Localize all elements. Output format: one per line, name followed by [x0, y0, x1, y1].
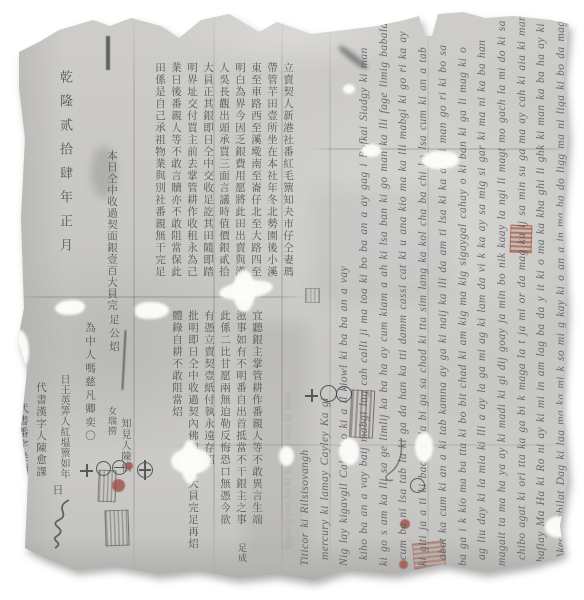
siraya-text-region: Titicor ki Rilsisovangh mercury ki lamay… — [295, 14, 573, 566]
deed-column: 批明即日仝中收過契內佛銀貳拾大員完足再炤 — [185, 310, 201, 562]
manuscript-scan: kigalig ma ha ki ba an a vay ki man 立賣契人… — [0, 0, 584, 600]
lower-note: 足成 — [235, 543, 248, 563]
edge-tear — [9, 330, 29, 372]
paper-shadow-wrap: kigalig ma ha ki ba an a vay ki man 立賣契人… — [13, 8, 571, 580]
chinese-deed-upper-block: 立賣契人新港社番紅毛篻知夬市仔仝妻瑪 帶管芉田壹所坐在本社年冬北勢園後小溪 東至… — [148, 62, 296, 312]
vertical-fold-1 — [133, 8, 135, 580]
siraya-line: ag liu day ki la mia ki lli a ay la ga m… — [473, 14, 493, 566]
deed-column: 業日後番親人等不敢言贖亦不敢阻當保此 — [168, 62, 184, 312]
siraya-line: Nig lay kigavgil Calgol o ki a il kiowl … — [335, 14, 355, 566]
siraya-line: thafiay Ma Ha ki Ro ni ay ki mi in am la… — [532, 14, 552, 566]
deed-column: 此係二比甘愿兩無迫勒反悔恐口無憑今欲 — [217, 310, 233, 562]
witness-mark-circled-center-icon — [137, 462, 153, 478]
siraya-line: ba ga i k kio ma ba tta ki bo bit chad k… — [454, 14, 474, 566]
deed-column: 田係是自己承祖物業與別社番親無干完足 — [152, 62, 168, 312]
deed-column: 立賣契人新港社番紅毛篻知夬市仔仝妻瑪 — [280, 62, 296, 312]
deed-column: 有憑立賣契壹紙付執永遠存炤 — [201, 310, 217, 562]
siraya-line: magait ta ma ha ya ay ki madi ki gi dij … — [493, 14, 513, 566]
receipt-tail: 足公炤 — [107, 314, 122, 355]
ink-stamp-box-small — [97, 470, 116, 503]
date-column: 乾隆贰拾肆年正月 — [55, 70, 74, 262]
signature-day-char: 日 — [49, 484, 65, 495]
deed-column: 大員正其銀即日仝中交收足訖其田隨即踏 — [200, 62, 216, 312]
ink-stamp-box-large — [104, 510, 129, 547]
deed-column: 滋事如有不明番自出首抵當不干銀主之事 — [233, 310, 249, 562]
damage-hole — [55, 300, 85, 315]
signature-flourish — [45, 498, 79, 550]
witness-mark-circle-icon — [96, 461, 111, 476]
receipt-column: 本日仝中收過契面銀壹百大員完 — [105, 150, 120, 311]
deed-column: 體錄自耕不敢阻當炤 — [169, 310, 185, 562]
deed-column: 明界址交付買主前去掌管耕作收租永為己 — [184, 62, 200, 312]
signature-witness: 知見人陳悢 — [117, 418, 132, 473]
chinese-deed-lower-block: 宜聽銀主掌管耕作番親人等不敢異言生端 滋事如有不明番自出首抵當不干銀主之事 此係… — [153, 310, 265, 562]
siraya-rotated-block: Titicor ki Rilsisovangh mercury ki lamay… — [296, 14, 572, 566]
deed-column: 人吳長觀出頭承買三面言議時值價銀貳拾 — [216, 62, 232, 312]
brush-stroke-mark — [121, 330, 126, 390]
deed-column: 宜聽銀主掌管耕作番親人等不敢異言生端 — [249, 310, 265, 562]
siraya-line: chibo agat ki ori tta ka ga bi k maga la… — [513, 14, 533, 566]
siraya-line: abat ka cum ki an a ki tab kamna ay ga k… — [434, 14, 454, 566]
signature-accountant: 日王英筭人紅塭篻如年 — [56, 374, 71, 479]
signature-chinese-scribe: 代書漢字人陳愈課 — [34, 382, 49, 478]
bleed-through-text: kigalig ma ha ki ba an a vay ki man — [282, 319, 294, 549]
siraya-line: Akeay kabilat Dag ki lag ma ka mi k so m… — [552, 14, 572, 566]
deed-column: 明白為界今因乏銀費用愿將此田出賣與漢 — [232, 62, 248, 312]
signature-mediator: 為中人嗎慈凡卿奕〇 — [83, 322, 98, 444]
siraya-line: ki giti ja a ti ki bac bat la bi ga sa c… — [414, 14, 434, 566]
manuscript-paper: kigalig ma ha ki ba an a vay ki man 立賣契人… — [13, 8, 571, 580]
signature-native-scribe: 代書番字㘴西 — [16, 403, 31, 475]
red-ink-dot — [112, 479, 125, 492]
siraya-line: Titicor ki Rilsisovangh — [296, 14, 316, 566]
margin-tick-mark — [106, 36, 110, 70]
deed-column: 帶管芉田壹所坐在本社年冬北勢園後小溪 — [264, 62, 280, 312]
siraya-line: mercury ki lamay Cayley Ka gi — [316, 14, 336, 566]
siraya-line: kiho ba an a vay baij mabgi lag cah call… — [355, 14, 375, 566]
deed-column: 東至車路西至溪墘南至崙仔北至大路四至 — [248, 62, 264, 312]
witness-mark-cross-icon — [80, 464, 93, 477]
cursive-flourish — [381, 436, 407, 484]
